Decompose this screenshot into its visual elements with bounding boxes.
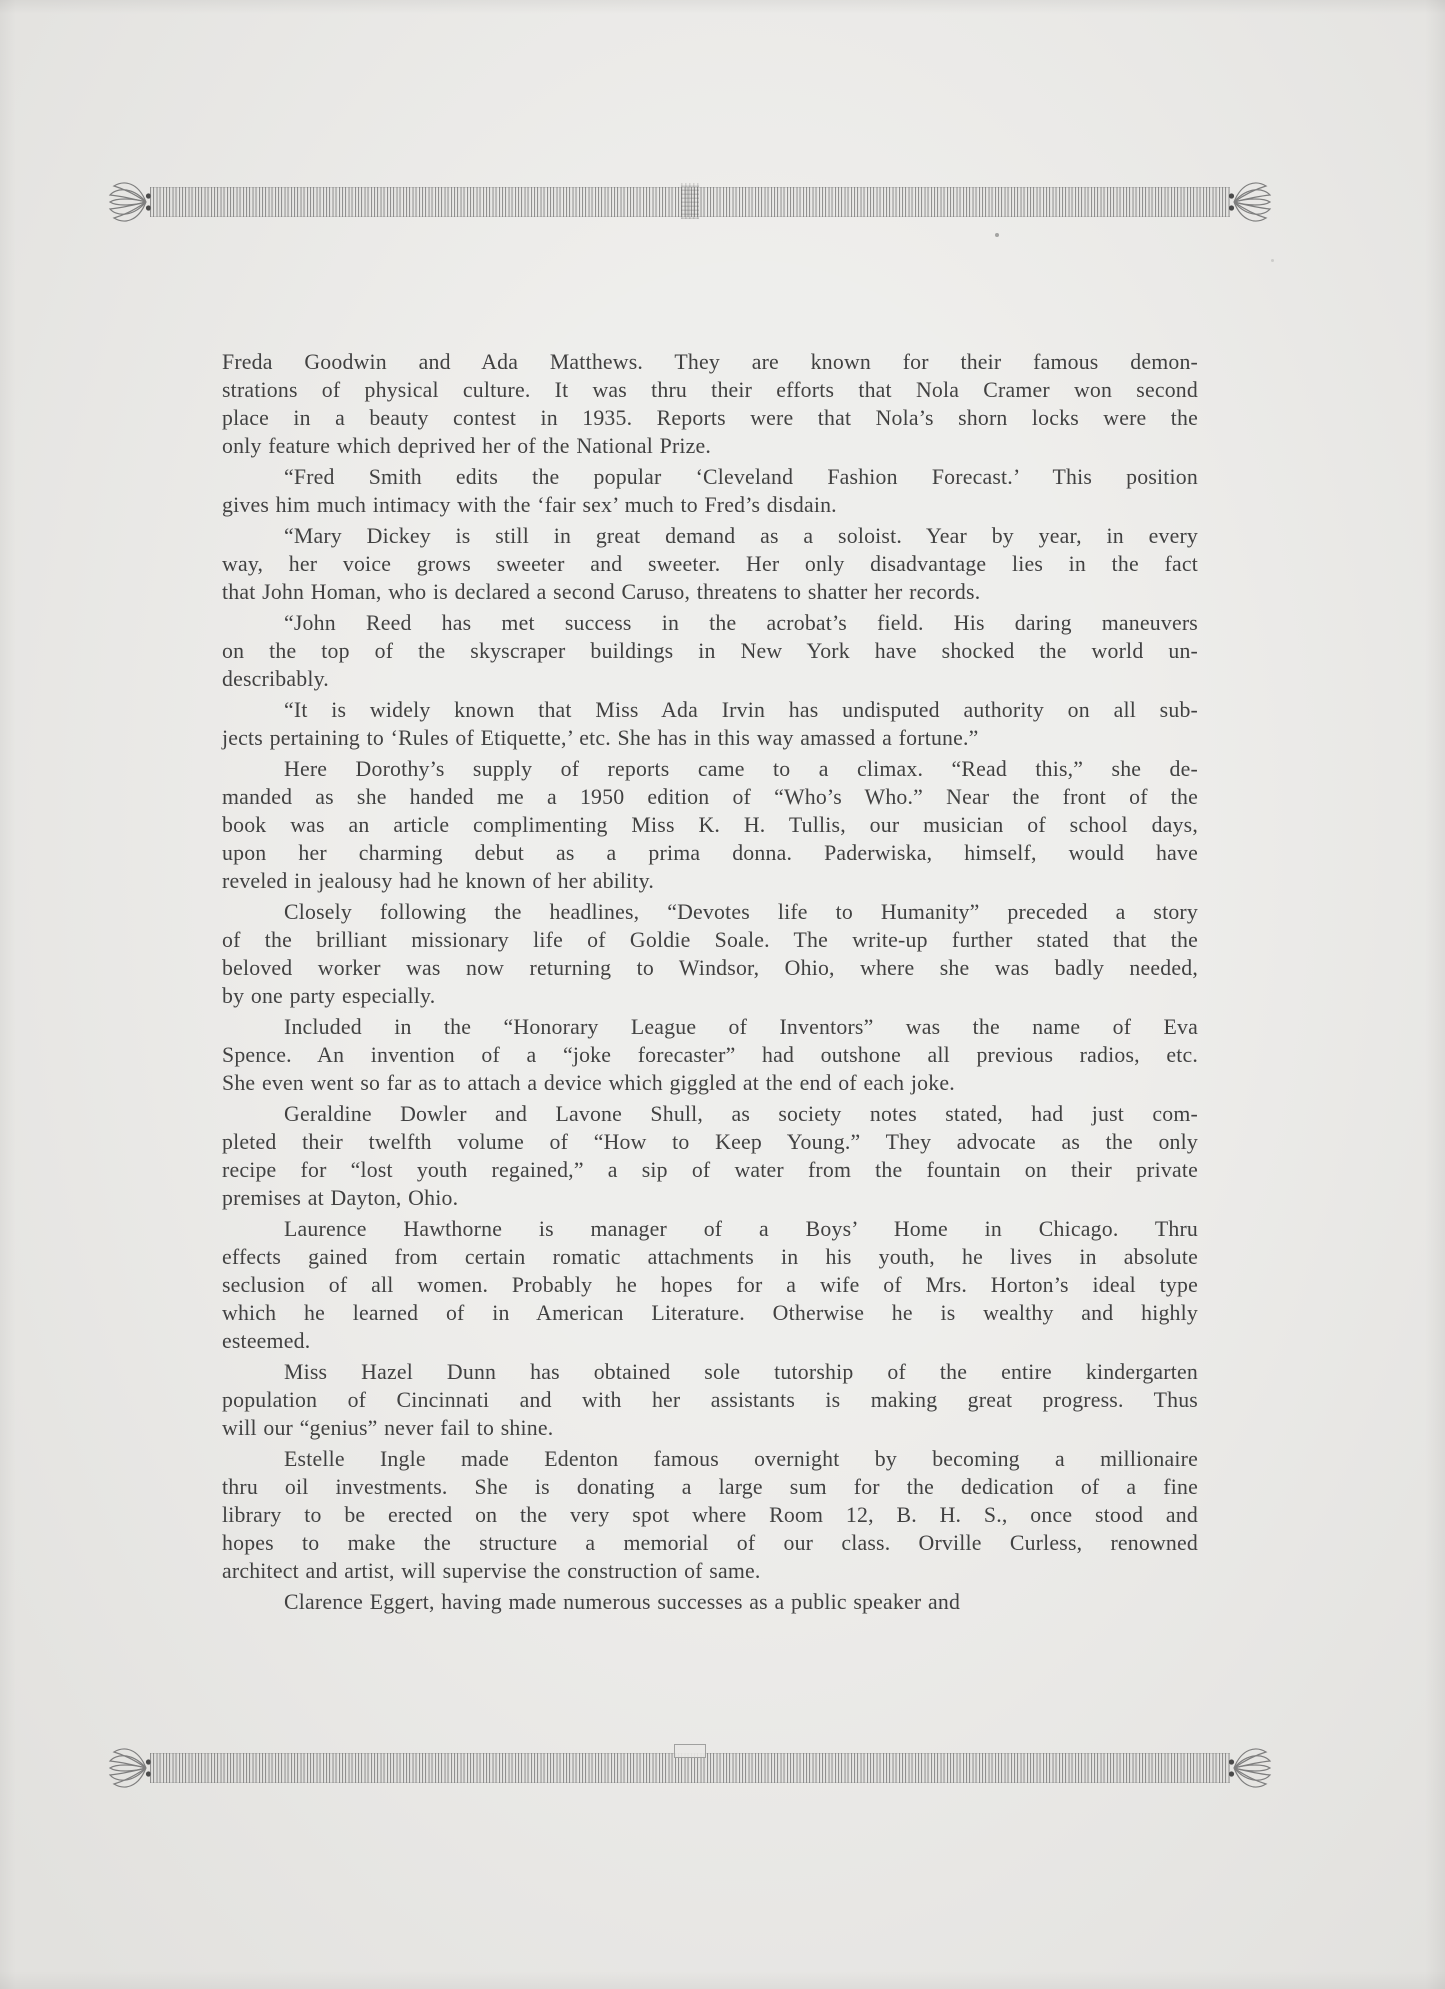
paragraph: Estelle Ingle made Edenton famous overni… (222, 1445, 1198, 1585)
text-line: Here Dorothy’s supply of reports came to… (222, 755, 1198, 783)
text-line: effects gained from certain romatic atta… (222, 1243, 1198, 1271)
text-line: pleted their twelfth volume of “How to K… (222, 1128, 1198, 1156)
text-line: Spence. An invention of a “joke forecast… (222, 1041, 1198, 1069)
text-line: esteemed. (222, 1327, 1198, 1355)
text-line: Freda Goodwin and Ada Matthews. They are… (222, 348, 1198, 376)
palmette-right-icon (1226, 1746, 1272, 1790)
text-line: upon her charming debut as a prima donna… (222, 839, 1198, 867)
text-line: place in a beauty contest in 1935. Repor… (222, 404, 1198, 432)
text-line: that John Homan, who is declared a secon… (222, 578, 1198, 606)
text-line: seclusion of all women. Probably he hope… (222, 1271, 1198, 1299)
rule-center-ornament-icon (681, 183, 699, 219)
text-line: of the brilliant missionary life of Gold… (222, 926, 1198, 954)
text-line: “Mary Dickey is still in great demand as… (222, 522, 1198, 550)
text-line: “Fred Smith edits the popular ‘Cleveland… (222, 463, 1198, 491)
text-line: Closely following the headlines, “Devote… (222, 898, 1198, 926)
text-line: Miss Hazel Dunn has obtained sole tutors… (222, 1358, 1198, 1386)
text-line: Included in the “Honorary League of Inve… (222, 1013, 1198, 1041)
text-line: strations of physical culture. It was th… (222, 376, 1198, 404)
rule-stripes (150, 1753, 1230, 1783)
text-line: way, her voice grows sweeter and sweeter… (222, 550, 1198, 578)
text-line: manded as she handed me a 1950 edition o… (222, 783, 1198, 811)
text-line: thru oil investments. She is donating a … (222, 1473, 1198, 1501)
text-line: “John Reed has met success in the acroba… (222, 609, 1198, 637)
paragraph: “Mary Dickey is still in great demand as… (222, 522, 1198, 606)
text-line: beloved worker was now returning to Wind… (222, 954, 1198, 982)
text-line: which he learned of in American Literatu… (222, 1299, 1198, 1327)
paragraph: “John Reed has met success in the acroba… (222, 609, 1198, 693)
palmette-right-icon (1226, 180, 1272, 224)
paragraph: Geraldine Dowler and Lavone Shull, as so… (222, 1100, 1198, 1212)
text-line: gives him much intimacy with the ‘fair s… (222, 491, 1198, 519)
paragraph: Included in the “Honorary League of Inve… (222, 1013, 1198, 1097)
text-line: on the top of the skyscraper buildings i… (222, 637, 1198, 665)
text-line: reveled in jealousy had he known of her … (222, 867, 1198, 895)
text-line: population of Cincinnati and with her as… (222, 1386, 1198, 1414)
paragraph: Closely following the headlines, “Devote… (222, 898, 1198, 1010)
rule-center-ornament-icon (674, 1744, 706, 1758)
paragraph: Clarence Eggert, having made numerous su… (222, 1588, 1198, 1616)
text-line: by one party especially. (222, 982, 1198, 1010)
palmette-left-icon (108, 180, 154, 224)
palmette-left-icon (108, 1746, 154, 1790)
text-line: library to be erected on the very spot w… (222, 1501, 1198, 1529)
text-line: architect and artist, will supervise the… (222, 1557, 1198, 1585)
text-line: book was an article complimenting Miss K… (222, 811, 1198, 839)
top-ornamental-rule (108, 180, 1272, 224)
text-line: She even went so far as to attach a devi… (222, 1069, 1198, 1097)
scan-speck (1271, 259, 1274, 262)
body-text: Freda Goodwin and Ada Matthews. They are… (222, 348, 1198, 1616)
rule-stripes (150, 187, 1230, 217)
text-line: hopes to make the structure a memorial o… (222, 1529, 1198, 1557)
text-line: Laurence Hawthorne is manager of a Boys’… (222, 1215, 1198, 1243)
text-line: recipe for “lost youth regained,” a sip … (222, 1156, 1198, 1184)
paragraph: Miss Hazel Dunn has obtained sole tutors… (222, 1358, 1198, 1442)
paragraph: “Fred Smith edits the popular ‘Cleveland… (222, 463, 1198, 519)
paragraph: “It is widely known that Miss Ada Irvin … (222, 696, 1198, 752)
text-line: premises at Dayton, Ohio. (222, 1184, 1198, 1212)
text-line: jects pertaining to ‘Rules of Etiquette,… (222, 724, 1198, 752)
text-line: only feature which deprived her of the N… (222, 432, 1198, 460)
paragraph: Laurence Hawthorne is manager of a Boys’… (222, 1215, 1198, 1355)
paragraph: Freda Goodwin and Ada Matthews. They are… (222, 348, 1198, 460)
text-line: Estelle Ingle made Edenton famous overni… (222, 1445, 1198, 1473)
bottom-ornamental-rule (108, 1746, 1272, 1790)
scanned-page: Freda Goodwin and Ada Matthews. They are… (0, 0, 1445, 1989)
text-line: describably. (222, 665, 1198, 693)
scan-speck (995, 233, 999, 237)
text-line: Geraldine Dowler and Lavone Shull, as so… (222, 1100, 1198, 1128)
text-line: will our “genius” never fail to shine. (222, 1414, 1198, 1442)
paragraph: Here Dorothy’s supply of reports came to… (222, 755, 1198, 895)
text-line: Clarence Eggert, having made numerous su… (222, 1588, 1198, 1616)
text-line: “It is widely known that Miss Ada Irvin … (222, 696, 1198, 724)
